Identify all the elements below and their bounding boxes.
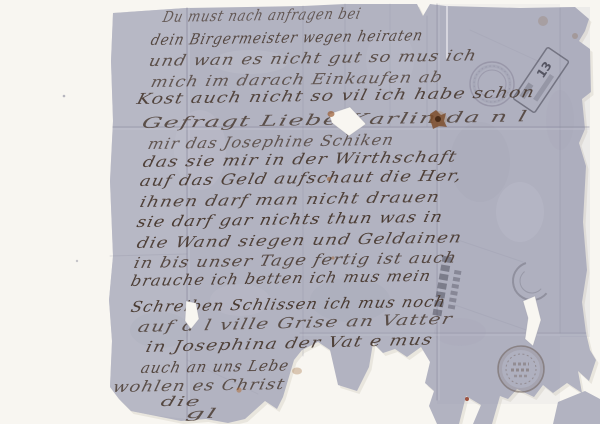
rust-stain bbox=[328, 111, 335, 117]
dust-speck bbox=[63, 95, 66, 98]
wax-burn-core bbox=[435, 116, 441, 122]
dust-speck bbox=[76, 260, 78, 262]
panel-shade bbox=[560, 7, 590, 337]
rust-stain bbox=[331, 256, 334, 259]
handwriting-line: auch an uns Lebe bbox=[139, 357, 291, 377]
handwriting-line: wohlen es Christ bbox=[111, 375, 287, 396]
rust-stain bbox=[236, 387, 241, 392]
red-spot bbox=[465, 397, 469, 401]
rust-stain bbox=[327, 177, 331, 181]
smudge bbox=[572, 33, 578, 39]
smudge bbox=[538, 16, 548, 26]
rust-stain bbox=[292, 368, 302, 375]
letter-scan: 13 Du must nach anfragen bei dein Birger… bbox=[0, 0, 600, 424]
handwriting-line: Du must nach anfragen bei bbox=[160, 5, 363, 26]
handwriting-line: gl bbox=[184, 406, 220, 422]
letter-photo: 13 Du must nach anfragen bei dein Birger… bbox=[0, 0, 600, 424]
